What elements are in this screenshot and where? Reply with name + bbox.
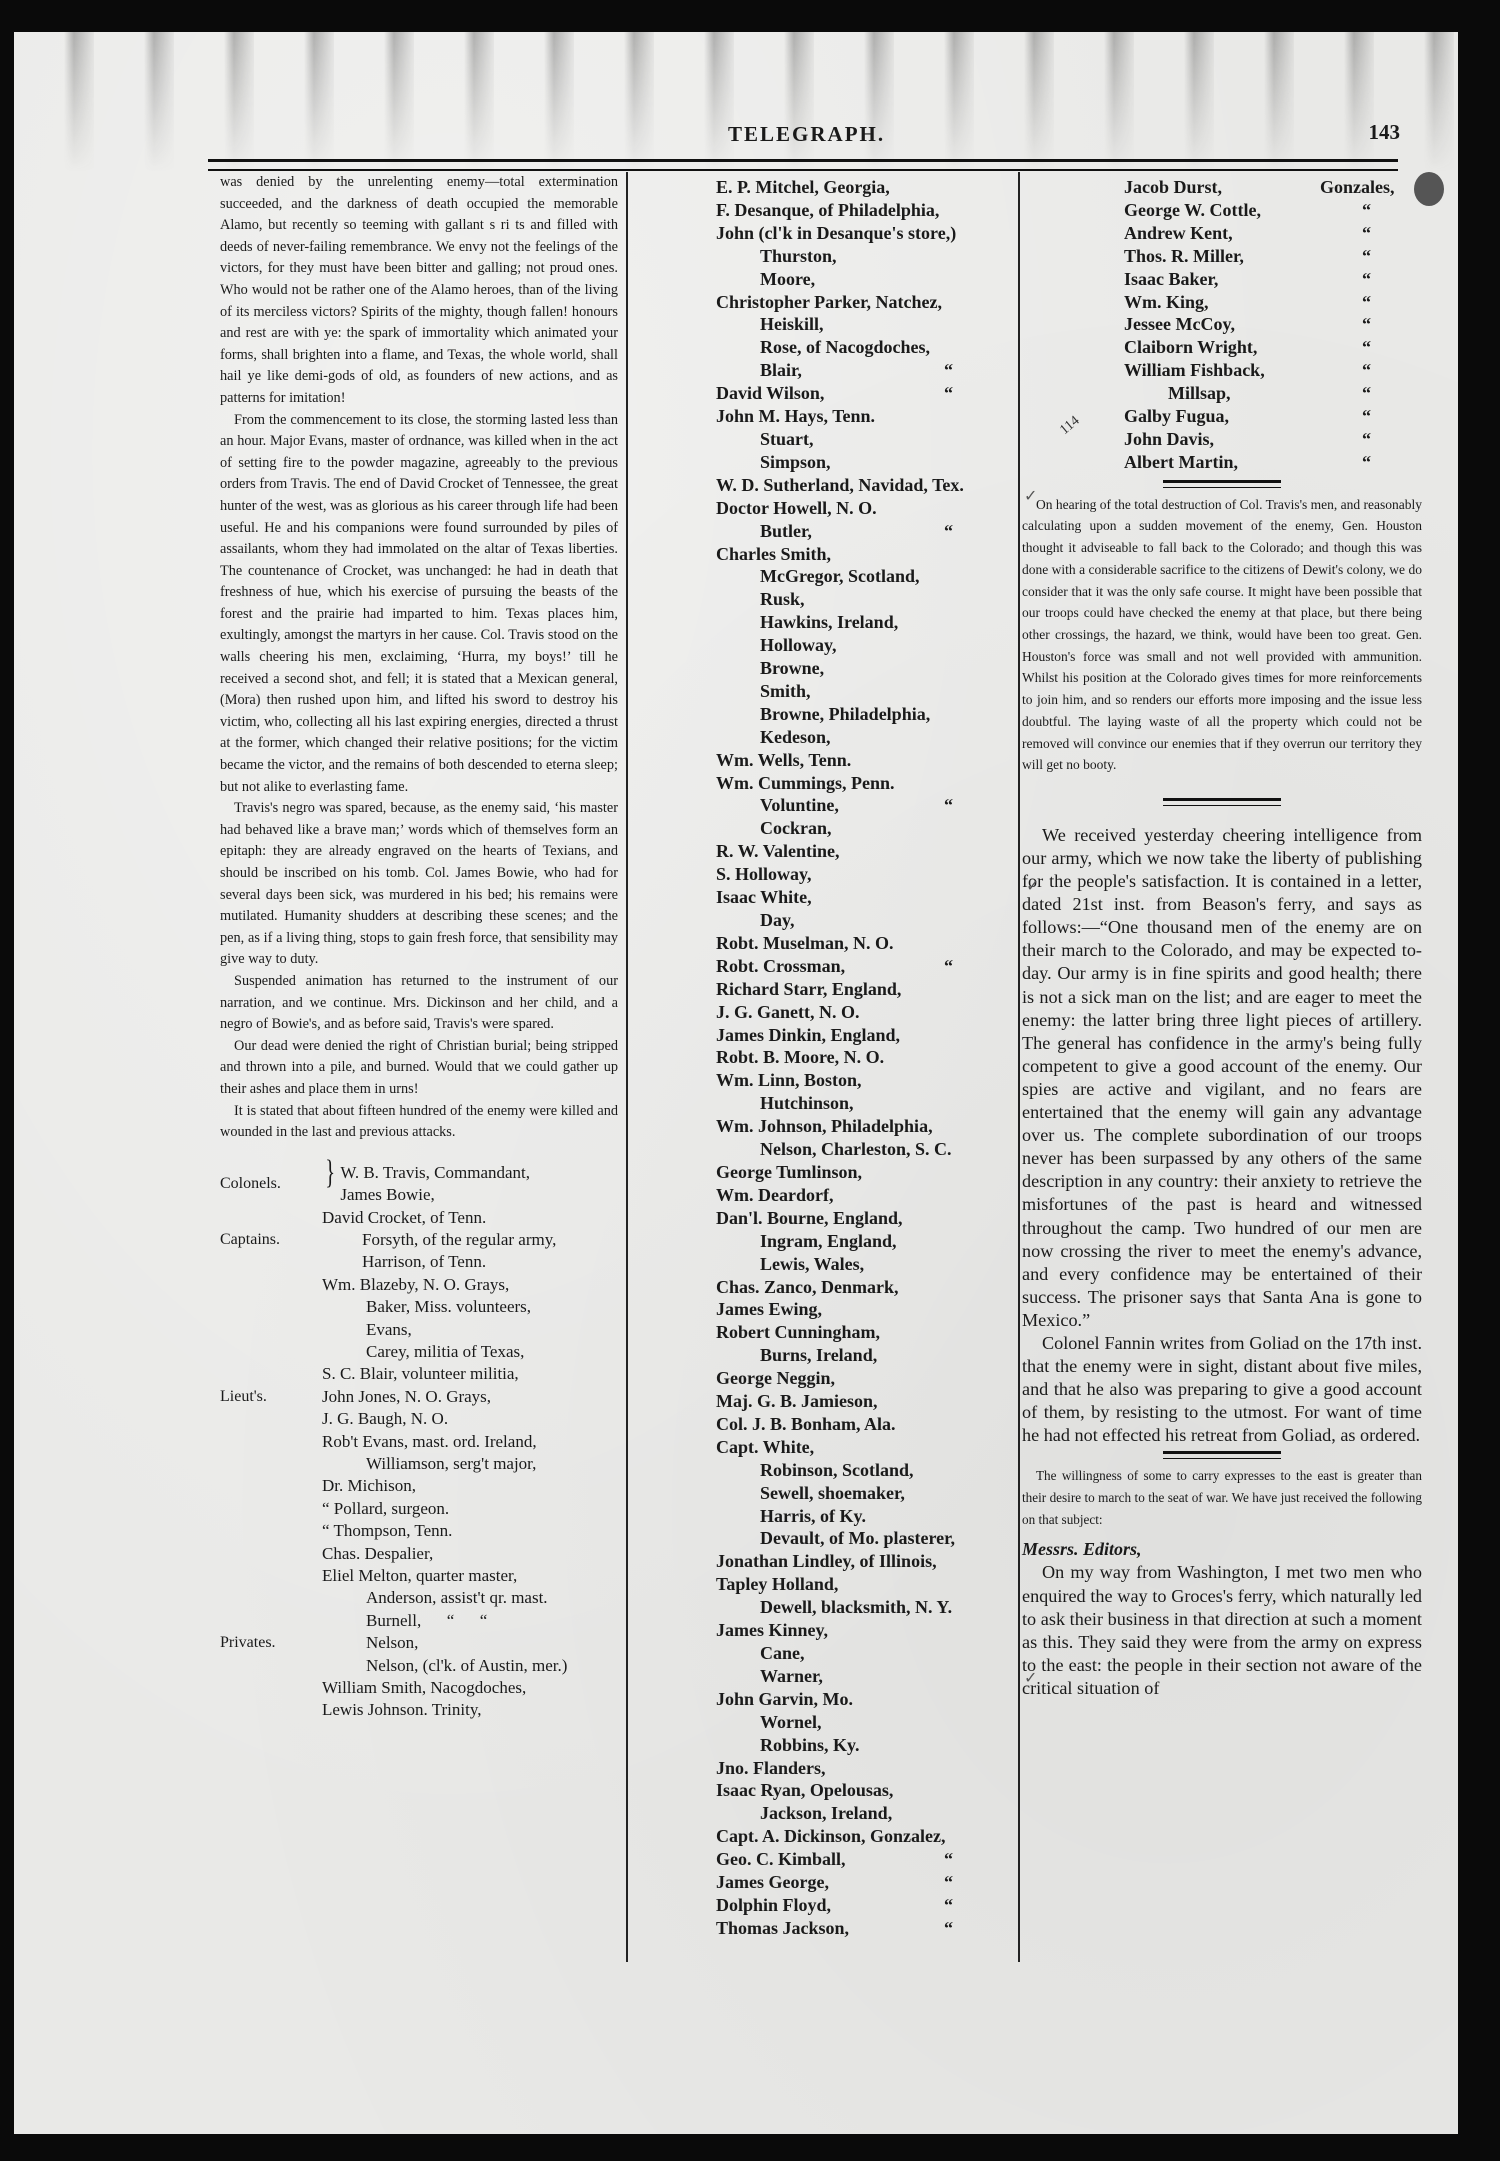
- person-name: James Kinney,: [716, 1620, 828, 1640]
- roster-name: Burnell, “ “: [322, 1610, 618, 1632]
- name-list-item: Rusk,: [716, 588, 1026, 611]
- person-name: Millsap,: [1168, 383, 1231, 403]
- roster-row: Baker, Miss. volunteers,: [220, 1296, 618, 1318]
- name-list-item: Robinson, Scotland,: [716, 1459, 1026, 1482]
- person-name: Cockran,: [760, 818, 832, 838]
- colonel-name: James Bowie,: [340, 1184, 618, 1206]
- name-list-item: Thurston,: [716, 245, 1026, 268]
- person-name: Butler,: [760, 521, 812, 541]
- name-list-item: William Fishback,“: [1124, 359, 1422, 382]
- name-list-item: Ingram, England,: [716, 1230, 1026, 1253]
- name-list-item: Col. J. B. Bonham, Ala.: [716, 1413, 1026, 1436]
- fannin-paragraph: Colonel Fannin writes from Goliad on the…: [1022, 1332, 1422, 1447]
- ditto-mark: “: [944, 382, 953, 405]
- name-list-item: Lewis, Wales,: [716, 1253, 1026, 1276]
- person-name: James Dinkin, England,: [716, 1025, 900, 1045]
- person-name: Capt. White,: [716, 1437, 814, 1457]
- name-list-item: John M. Hays, Tenn.: [716, 405, 1026, 428]
- roster-name: Nelson, (cl'k. of Austin, mer.): [322, 1655, 618, 1677]
- person-name: Rusk,: [760, 589, 805, 609]
- ditto-mark: “: [944, 955, 953, 978]
- roster-name: William Smith, Nacogdoches,: [322, 1677, 618, 1699]
- person-name: Dolphin Floyd,: [716, 1895, 831, 1915]
- name-list-item: John Davis,“: [1124, 428, 1422, 451]
- person-name: McGregor, Scotland,: [760, 566, 920, 586]
- name-list-item: James Ewing,: [716, 1298, 1026, 1321]
- name-list-item: Cockran,: [716, 817, 1026, 840]
- person-name: Simpson,: [760, 452, 831, 472]
- ditto-mark: “: [1362, 199, 1371, 222]
- roster-row: Privates. Nelson,: [220, 1632, 618, 1654]
- person-name: Jno. Flanders,: [716, 1758, 826, 1778]
- person-name: Andrew Kent,: [1124, 223, 1233, 243]
- ditto-mark: “: [1362, 268, 1371, 291]
- person-name: Voluntine,: [760, 795, 839, 815]
- name-list-item: Butler,“: [716, 520, 1026, 543]
- roster-name: Carey, militia of Texas,: [322, 1341, 618, 1363]
- name-list-item: Dewell, blacksmith, N. Y.: [716, 1596, 1026, 1619]
- masthead-rule: [208, 159, 1398, 171]
- check-mark-icon: ✓: [1026, 876, 1039, 896]
- name-list-item: Robt. Crossman,“: [716, 955, 1026, 978]
- name-list-item: Dan'l. Bourne, England,: [716, 1207, 1026, 1230]
- place-name: Gonzales,: [1320, 176, 1395, 199]
- person-name: Robt. Muselman, N. O.: [716, 933, 894, 953]
- rank-spacer: [220, 1498, 322, 1520]
- person-name: Robt. Crossman,: [716, 956, 845, 976]
- ditto-mark: “: [1362, 382, 1371, 405]
- ditto-mark: “: [1362, 428, 1371, 451]
- name-list-item: Isaac Ryan, Opelousas,: [716, 1779, 1026, 1802]
- colonel-names: W. B. Travis, Commandant, James Bowie,: [340, 1162, 618, 1207]
- roster-name: Dr. Michison,: [322, 1475, 618, 1497]
- person-name: Wm. Johnson, Philadelphia,: [716, 1116, 933, 1136]
- ditto-mark: “: [1362, 222, 1371, 245]
- person-name: J. G. Ganett, N. O.: [716, 1002, 860, 1022]
- name-list-item: Hutchinson,: [716, 1092, 1026, 1115]
- name-list-item: Hawkins, Ireland,: [716, 611, 1026, 634]
- houston-paragraph: On hearing of the total destruction of C…: [1022, 494, 1422, 776]
- roster-row: Chas. Despalier,: [220, 1543, 618, 1565]
- name-list-item: Cane,: [716, 1642, 1026, 1665]
- column-2-name-list: E. P. Mitchel, Georgia,F. Desanque, of P…: [716, 176, 1026, 1940]
- name-list-item: J. G. Ganett, N. O.: [716, 1001, 1026, 1024]
- person-name: John Garvin, Mo.: [716, 1689, 853, 1709]
- check-mark-icon: ✓: [1024, 1668, 1037, 1688]
- rank-spacer: [220, 1319, 322, 1341]
- section-rule: [1163, 480, 1281, 488]
- person-name: Harris, of Ky.: [760, 1506, 866, 1526]
- name-list-item: Wm. Linn, Boston,: [716, 1069, 1026, 1092]
- name-list-item: Albert Martin,“: [1124, 451, 1422, 474]
- name-list-item: W. D. Sutherland, Navidad, Tex.: [716, 474, 1026, 497]
- roster-row: S. C. Blair, volunteer militia,: [220, 1363, 618, 1385]
- person-name: Stuart,: [760, 429, 814, 449]
- rank-spacer: [220, 1520, 322, 1542]
- person-name: Chas. Zanco, Denmark,: [716, 1277, 899, 1297]
- name-list-item: Robt. Muselman, N. O.: [716, 932, 1026, 955]
- name-list-item: Stuart,: [716, 428, 1026, 451]
- section-rule: [1163, 1451, 1281, 1459]
- rank-label-lieuts: Lieut's.: [220, 1386, 322, 1408]
- ditto-mark: “: [944, 794, 953, 817]
- person-name: Browne,: [760, 658, 824, 678]
- roster-name: Eliel Melton, quarter master,: [322, 1565, 618, 1587]
- name-list-item: Moore,: [716, 268, 1026, 291]
- name-list-item: John Garvin, Mo.: [716, 1688, 1026, 1711]
- roster-name: Lewis Johnson. Trinity,: [322, 1699, 618, 1721]
- expresses-paragraph: The willingness of some to carry express…: [1022, 1465, 1422, 1531]
- name-list-item: Burns, Ireland,: [716, 1344, 1026, 1367]
- rank-spacer: [220, 1453, 322, 1475]
- gonzales-name-list: Jacob Durst,Gonzales,George W. Cottle,“A…: [1022, 176, 1422, 474]
- rank-spacer: [220, 1363, 322, 1385]
- name-list-item: Devault, of Mo. plasterer,: [716, 1527, 1026, 1550]
- section-rule: [1163, 798, 1281, 806]
- name-list-item: Thos. R. Miller,“: [1124, 245, 1422, 268]
- roster-name: Nelson,: [322, 1632, 618, 1654]
- alamo-paragraph-5: Our dead were denied the right of Christ…: [220, 1036, 618, 1101]
- name-list-item: Claiborn Wright,“: [1124, 336, 1422, 359]
- rank-label-colonels: Colonels.: [220, 1162, 322, 1207]
- newspaper-title: TELEGRAPH.: [728, 122, 885, 147]
- name-list-item: R. W. Valentine,: [716, 840, 1026, 863]
- alamo-paragraph-3: Travis's negro was spared, because, as t…: [220, 798, 618, 971]
- person-name: Burns, Ireland,: [760, 1345, 877, 1365]
- person-name: Jonathan Lindley, of Illinois,: [716, 1551, 937, 1571]
- name-list-item: Holloway,: [716, 634, 1026, 657]
- name-list-item: Smith,: [716, 680, 1026, 703]
- person-name: W. D. Sutherland, Navidad, Tex.: [716, 475, 964, 495]
- ditto-mark: “: [1362, 336, 1371, 359]
- rank-spacer: [220, 1408, 322, 1430]
- name-list-item: Wm. Johnson, Philadelphia,: [716, 1115, 1026, 1138]
- roster-row: Wm. Blazeby, N. O. Grays,: [220, 1274, 618, 1296]
- name-list-item: Maj. G. B. Jamieson,: [716, 1390, 1026, 1413]
- rank-spacer: [220, 1543, 322, 1565]
- name-list-item: Robt. B. Moore, N. O.: [716, 1046, 1026, 1069]
- person-name: Moore,: [760, 269, 815, 289]
- roster-row: David Crocket, of Tenn.: [220, 1207, 618, 1229]
- roster-row: Burnell, “ “: [220, 1610, 618, 1632]
- name-list-item: Capt. A. Dickinson, Gonzalez,: [716, 1825, 1026, 1848]
- person-name: Isaac White,: [716, 887, 812, 907]
- person-name: Capt. A. Dickinson, Gonzalez,: [716, 1826, 946, 1846]
- roster-name: Baker, Miss. volunteers,: [322, 1296, 618, 1318]
- rank-spacer: [220, 1587, 322, 1609]
- rank-spacer: [220, 1677, 322, 1699]
- name-list-item: Simpson,: [716, 451, 1026, 474]
- name-list-item: Charles Smith,: [716, 543, 1026, 566]
- colonel-name: W. B. Travis, Commandant,: [340, 1162, 618, 1184]
- alamo-paragraph-2: From the commencement to its close, the …: [220, 410, 618, 799]
- name-list-item: Sewell, shoemaker,: [716, 1482, 1026, 1505]
- roster-row: Rob't Evans, mast. ord. Ireland,: [220, 1431, 618, 1453]
- alamo-paragraph-6: It is stated that about fifteen hundred …: [220, 1101, 618, 1144]
- person-name: John Davis,: [1124, 429, 1214, 449]
- name-list-item: E. P. Mitchel, Georgia,: [716, 176, 1026, 199]
- roster-row: “ Pollard, surgeon.: [220, 1498, 618, 1520]
- roster-row: Eliel Melton, quarter master,: [220, 1565, 618, 1587]
- roster-name: Anderson, assist't qr. mast.: [322, 1587, 618, 1609]
- name-list-item: Jacob Durst,Gonzales,: [1124, 176, 1422, 199]
- name-list-item: F. Desanque, of Philadelphia,: [716, 199, 1026, 222]
- name-list-item: James Dinkin, England,: [716, 1024, 1026, 1047]
- name-list-item: Wm. Wells, Tenn.: [716, 749, 1026, 772]
- name-list-item: Andrew Kent,“: [1124, 222, 1422, 245]
- person-name: Hutchinson,: [760, 1093, 854, 1113]
- person-name: Rose, of Nacogdoches,: [760, 337, 930, 357]
- person-name: Wm. Deardorf,: [716, 1185, 833, 1205]
- roster-name: “ Thompson, Tenn.: [322, 1520, 618, 1542]
- name-list-item: Voluntine,“: [716, 794, 1026, 817]
- name-list-item: James Kinney,: [716, 1619, 1026, 1642]
- name-list-item: Galby Fugua,“: [1124, 405, 1422, 428]
- person-name: Charles Smith,: [716, 544, 831, 564]
- roster-name: John Jones, N. O. Grays,: [322, 1386, 618, 1408]
- letter-paragraph: On my way from Washington, I met two men…: [1022, 1561, 1422, 1700]
- name-list-item: Blair,“: [716, 359, 1026, 382]
- expresses-article: The willingness of some to carry express…: [1022, 1465, 1422, 1531]
- ditto-mark: “: [1362, 451, 1371, 474]
- roster-row: Carey, militia of Texas,: [220, 1341, 618, 1363]
- person-name: John (cl'k in Desanque's store,): [716, 223, 956, 243]
- roster-row: Captains. Forsyth, of the regular army,: [220, 1229, 618, 1251]
- person-name: Wm. King,: [1124, 292, 1209, 312]
- person-name: George Tumlinson,: [716, 1162, 862, 1182]
- name-list-item: Wornel,: [716, 1711, 1026, 1734]
- name-list-item: Wm. Deardorf,: [716, 1184, 1026, 1207]
- army-intelligence-article: We received yesterday cheering intellige…: [1022, 824, 1422, 1448]
- rank-spacer: [220, 1655, 322, 1677]
- name-list-item: Browne, Philadelphia,: [716, 703, 1026, 726]
- brace-icon: }: [325, 1162, 335, 1207]
- rank-spacer: [220, 1296, 322, 1318]
- roster-name: S. C. Blair, volunteer militia,: [322, 1363, 618, 1385]
- roster-row: Lewis Johnson. Trinity,: [220, 1699, 618, 1721]
- rank-spacer: [220, 1251, 322, 1273]
- name-list-item: Christopher Parker, Natchez,: [716, 291, 1026, 314]
- person-name: Jacob Durst,: [1124, 177, 1222, 197]
- person-name: Robbins, Ky.: [760, 1735, 860, 1755]
- person-name: Hawkins, Ireland,: [760, 612, 898, 632]
- name-list-item: S. Holloway,: [716, 863, 1026, 886]
- roster-row: Anderson, assist't qr. mast.: [220, 1587, 618, 1609]
- roster-name: Evans,: [322, 1319, 618, 1341]
- alamo-paragraph-4: Suspended animation has returned to the …: [220, 971, 618, 1036]
- rank-spacer: [220, 1610, 322, 1632]
- roster-row: Colonels. } W. B. Travis, Commandant, Ja…: [220, 1162, 618, 1207]
- roster-name: Chas. Despalier,: [322, 1543, 618, 1565]
- rank-spacer: [220, 1431, 322, 1453]
- roster-name: Harrison, of Tenn.: [322, 1251, 618, 1273]
- name-list-item: Jessee McCoy,“: [1124, 313, 1422, 336]
- person-name: E. P. Mitchel, Georgia,: [716, 177, 890, 197]
- person-name: Jackson, Ireland,: [760, 1803, 892, 1823]
- name-list-item: John (cl'k in Desanque's store,): [716, 222, 1026, 245]
- masthead: TELEGRAPH. 143: [200, 122, 1400, 150]
- roster-name: J. G. Baugh, N. O.: [322, 1408, 618, 1430]
- name-list-item: Robert Cunningham,: [716, 1321, 1026, 1344]
- person-name: Wm. Linn, Boston,: [716, 1070, 862, 1090]
- person-name: Wm. Wells, Tenn.: [716, 750, 851, 770]
- roster-row: William Smith, Nacogdoches,: [220, 1677, 618, 1699]
- ditto-mark: “: [944, 1917, 953, 1940]
- roster-name: Wm. Blazeby, N. O. Grays,: [322, 1274, 618, 1296]
- person-name: Ingram, England,: [760, 1231, 897, 1251]
- rank-spacer: [220, 1274, 322, 1296]
- column-divider-1: [626, 172, 628, 1962]
- person-name: Dan'l. Bourne, England,: [716, 1208, 903, 1228]
- name-list-item: Doctor Howell, N. O.: [716, 497, 1026, 520]
- ditto-mark: “: [944, 1894, 953, 1917]
- name-list-item: Isaac White,: [716, 886, 1026, 909]
- name-list-item: Richard Starr, England,: [716, 978, 1026, 1001]
- ditto-mark: “: [1362, 313, 1371, 336]
- roster-row: Harrison, of Tenn.: [220, 1251, 618, 1273]
- army-paragraph: We received yesterday cheering intellige…: [1022, 824, 1422, 1332]
- ditto-mark: “: [1362, 245, 1371, 268]
- name-list-item: Wm. Cummings, Penn.: [716, 772, 1026, 795]
- rank-spacer: [220, 1475, 322, 1497]
- person-name: Robt. B. Moore, N. O.: [716, 1047, 884, 1067]
- person-name: Dewell, blacksmith, N. Y.: [760, 1597, 952, 1617]
- name-list-item: George W. Cottle,“: [1124, 199, 1422, 222]
- name-list-item: McGregor, Scotland,: [716, 565, 1026, 588]
- person-name: Maj. G. B. Jamieson,: [716, 1391, 878, 1411]
- name-list-item: Heiskill,: [716, 313, 1026, 336]
- roster-name: Williamson, serg't major,: [322, 1453, 618, 1475]
- rank-spacer: [220, 1699, 322, 1721]
- rank-spacer: [220, 1207, 322, 1229]
- name-list-item: Day,: [716, 909, 1026, 932]
- name-list-item: Warner,: [716, 1665, 1026, 1688]
- name-list-item: James George,“: [716, 1871, 1026, 1894]
- name-list-item: Jonathan Lindley, of Illinois,: [716, 1550, 1026, 1573]
- ditto-mark: “: [944, 1848, 953, 1871]
- name-list-item: Jackson, Ireland,: [716, 1802, 1026, 1825]
- roster-row: “ Thompson, Tenn.: [220, 1520, 618, 1542]
- name-list-item: Jno. Flanders,: [716, 1757, 1026, 1780]
- ditto-mark: “: [1362, 291, 1371, 314]
- person-name: James Ewing,: [716, 1299, 822, 1319]
- ditto-mark: “: [1362, 359, 1371, 382]
- person-name: R. W. Valentine,: [716, 841, 840, 861]
- name-list-item: Harris, of Ky.: [716, 1505, 1026, 1528]
- name-list-item: Geo. C. Kimball,“: [716, 1848, 1026, 1871]
- roster-name: Forsyth, of the regular army,: [322, 1229, 618, 1251]
- alamo-paragraph-1: was denied by the unrelenting enemy—tota…: [220, 172, 618, 410]
- person-name: Robert Cunningham,: [716, 1322, 880, 1342]
- person-name: Sewell, shoemaker,: [760, 1483, 905, 1503]
- ditto-mark: “: [944, 1871, 953, 1894]
- person-name: Holloway,: [760, 635, 837, 655]
- person-name: George W. Cottle,: [1124, 200, 1261, 220]
- name-list-item: Chas. Zanco, Denmark,: [716, 1276, 1026, 1299]
- name-list-item: Rose, of Nacogdoches,: [716, 336, 1026, 359]
- ditto-mark: “: [1362, 405, 1371, 428]
- roster-name: David Crocket, of Tenn.: [322, 1207, 618, 1229]
- water-stain: [14, 32, 1458, 172]
- ditto-mark: “: [944, 359, 953, 382]
- rank-spacer: [220, 1341, 322, 1363]
- person-name: Col. J. B. Bonham, Ala.: [716, 1414, 896, 1434]
- person-name: S. Holloway,: [716, 864, 812, 884]
- name-list-item: George Tumlinson,: [716, 1161, 1026, 1184]
- person-name: Cane,: [760, 1643, 805, 1663]
- person-name: Warner,: [760, 1666, 823, 1686]
- person-name: Robinson, Scotland,: [760, 1460, 914, 1480]
- roster-name: “ Pollard, surgeon.: [322, 1498, 618, 1520]
- letter-body: On my way from Washington, I met two men…: [1022, 1561, 1422, 1700]
- person-name: F. Desanque, of Philadelphia,: [716, 200, 939, 220]
- roster-row: Dr. Michison,: [220, 1475, 618, 1497]
- person-name: Isaac Ryan, Opelousas,: [716, 1780, 893, 1800]
- name-list-item: Nelson, Charleston, S. C.: [716, 1138, 1026, 1161]
- person-name: Blair,: [760, 360, 802, 380]
- name-list-item: Capt. White,: [716, 1436, 1026, 1459]
- person-name: William Fishback,: [1124, 360, 1265, 380]
- houston-article: On hearing of the total destruction of C…: [1022, 494, 1422, 776]
- name-list-item: Tapley Holland,: [716, 1573, 1026, 1596]
- rank-label-captains: Captains.: [220, 1229, 322, 1251]
- column-1: was denied by the unrelenting enemy—tota…: [220, 172, 618, 1722]
- person-name: Thurston,: [760, 246, 837, 266]
- person-name: Thos. R. Miller,: [1124, 246, 1244, 266]
- name-list-item: Thomas Jackson,“: [716, 1917, 1026, 1940]
- person-name: Wornel,: [760, 1712, 822, 1732]
- person-name: Geo. C. Kimball,: [716, 1849, 846, 1869]
- officer-roster: Colonels. } W. B. Travis, Commandant, Ja…: [220, 1162, 618, 1722]
- page-number: 143: [1369, 120, 1401, 145]
- name-list-item: Robbins, Ky.: [716, 1734, 1026, 1757]
- person-name: George Neggin,: [716, 1368, 835, 1388]
- rank-label-privates: Privates.: [220, 1632, 322, 1654]
- name-list-item: Millsap,“: [1124, 382, 1422, 405]
- person-name: Isaac Baker,: [1124, 269, 1218, 289]
- person-name: Day,: [760, 910, 795, 930]
- person-name: Nelson, Charleston, S. C.: [760, 1139, 952, 1159]
- person-name: John M. Hays, Tenn.: [716, 406, 875, 426]
- person-name: Richard Starr, England,: [716, 979, 901, 999]
- person-name: Kedeson,: [760, 727, 831, 747]
- name-list-item: Dolphin Floyd,“: [716, 1894, 1026, 1917]
- roster-name: Rob't Evans, mast. ord. Ireland,: [322, 1431, 618, 1453]
- person-name: James George,: [716, 1872, 829, 1892]
- person-name: Christopher Parker, Natchez,: [716, 292, 942, 312]
- roster-row: J. G. Baugh, N. O.: [220, 1408, 618, 1430]
- name-list-item: Isaac Baker,“: [1124, 268, 1422, 291]
- name-list-item: George Neggin,: [716, 1367, 1026, 1390]
- person-name: Tapley Holland,: [716, 1574, 838, 1594]
- person-name: Smith,: [760, 681, 811, 701]
- column-3: Jacob Durst,Gonzales,George W. Cottle,“A…: [1022, 176, 1422, 1700]
- ditto-mark: “: [944, 520, 953, 543]
- person-name: Galby Fugua,: [1124, 406, 1229, 426]
- person-name: Thomas Jackson,: [716, 1918, 849, 1938]
- name-list-item: David Wilson,“: [716, 382, 1026, 405]
- name-list-item: Wm. King,“: [1124, 291, 1422, 314]
- check-mark-icon: ✓: [1024, 486, 1037, 506]
- rank-spacer: [220, 1565, 322, 1587]
- letter-salutation: Messrs. Editors,: [1022, 1537, 1422, 1561]
- person-name: Browne, Philadelphia,: [760, 704, 930, 724]
- person-name: Claiborn Wright,: [1124, 337, 1257, 357]
- person-name: Devault, of Mo. plasterer,: [760, 1528, 955, 1548]
- name-list-item: Browne,: [716, 657, 1026, 680]
- roster-row: Evans,: [220, 1319, 618, 1341]
- person-name: Albert Martin,: [1124, 452, 1238, 472]
